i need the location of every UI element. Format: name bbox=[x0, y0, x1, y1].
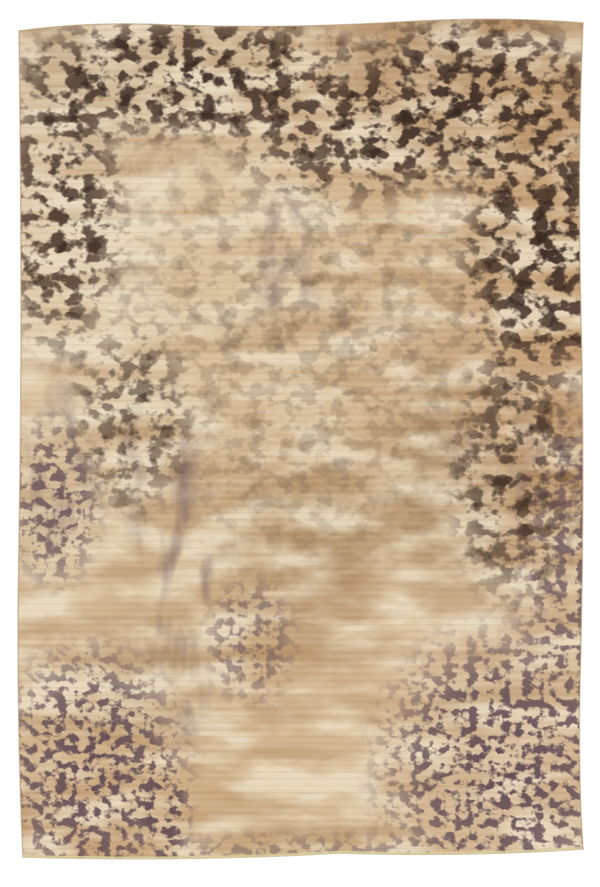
rug-photo bbox=[0, 0, 600, 887]
rug-plum-speckle-layer bbox=[14, 16, 588, 864]
rug-body bbox=[14, 16, 588, 864]
photo-canvas bbox=[0, 0, 600, 887]
